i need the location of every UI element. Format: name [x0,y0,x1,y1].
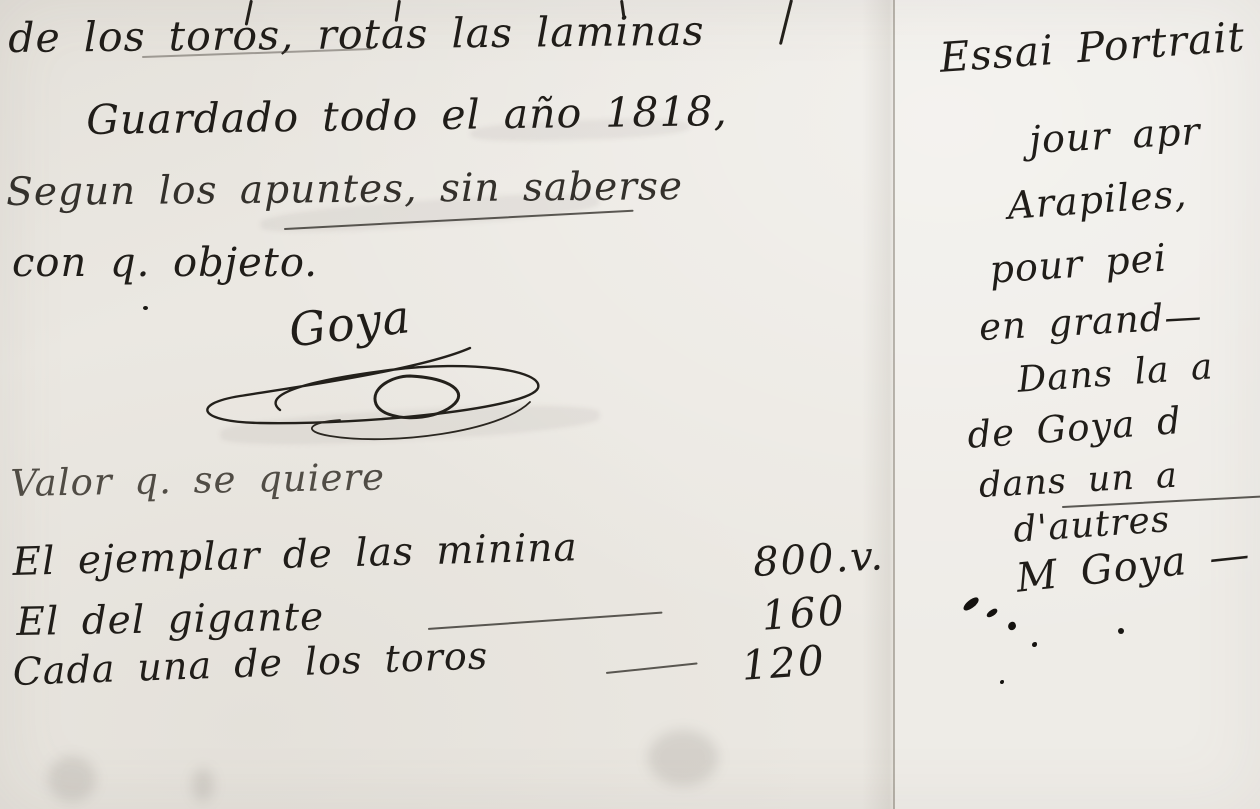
valuation-item-label: El del gigante [16,595,325,645]
manuscript-line: jour apr [1028,109,1202,162]
manuscript-line: Guardado todo el año 1818, [86,87,728,144]
fold-line [893,0,895,809]
paper-smudge [48,756,96,802]
manuscript-line: con q. objeto. [12,240,318,286]
paper-smudge [648,730,718,786]
valuation-heading: Valor q. se quiere [10,455,385,505]
valuation-item-value: 120 [740,636,827,690]
cutoff-descender [779,0,793,45]
manuscript-page: de los toros, rotas las laminas Guardado… [0,0,1260,809]
manuscript-line: Segun los apuntes, sin saberse [6,164,683,215]
manuscript-line: de los toros, rotas las laminas [8,7,705,62]
ink-dot [143,306,148,310]
fold-shadow [862,0,894,809]
valuation-item-label: El ejemplar de las minina [12,525,578,585]
signature-flourish [170,330,590,445]
ruled-dash [428,612,663,630]
paper-smudge [192,768,214,802]
ruled-dash [606,662,698,674]
valuation-item-value: 160 [760,586,847,640]
ink-dot [1118,628,1124,634]
